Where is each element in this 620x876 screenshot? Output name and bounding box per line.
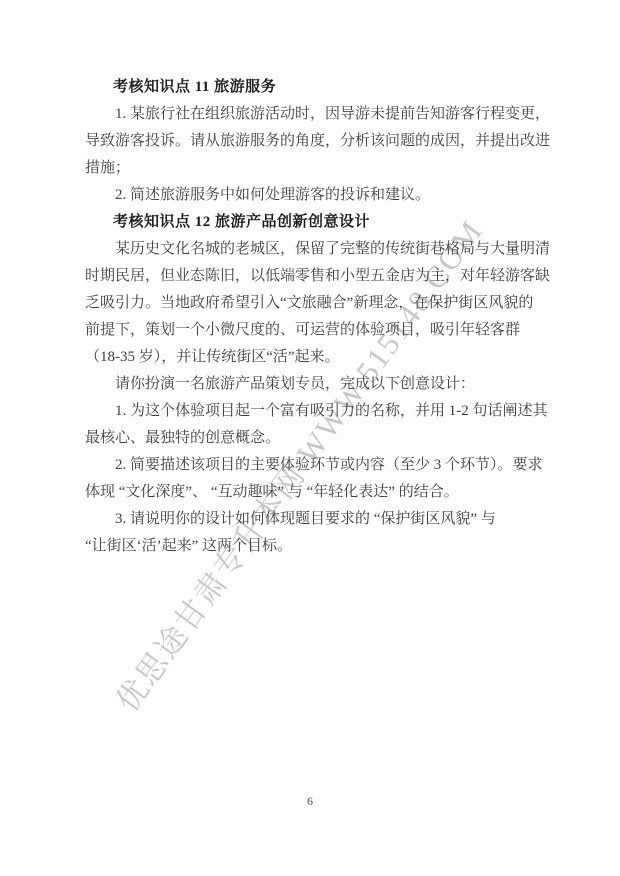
section-heading-11: 考核知识点 11 旅游服务: [85, 74, 560, 101]
paragraph-line: 请你扮演一名旅游产品策划专员，完成以下创意设计：: [85, 371, 560, 398]
paragraph-line: 某历史文化名城的老城区，保留了完整的传统街巷格局与大量明清: [85, 236, 560, 263]
paragraph-line: 导致游客投诉。请从旅游服务的角度，分析该问题的成因，并提出改进: [85, 128, 560, 155]
paragraph-line: 时期民居，但业态陈旧，以低端零售和小型五金店为主，对年轻游客缺: [85, 263, 560, 290]
document-body: 考核知识点 11 旅游服务 1. 某旅行社在组织旅游活动时，因导游未提前告知游客…: [85, 74, 560, 560]
paragraph-line: 3. 请说明你的设计如何体现题目要求的 “保护街区风貌” 与: [85, 506, 560, 533]
paragraph-line: 2. 简要描述该项目的主要体验环节或内容（至少 3 个环节）。要求: [85, 452, 560, 479]
document-page: 优思途甘肃专升本网 WWW.515148.COM 考核知识点 11 旅游服务 1…: [0, 0, 620, 876]
paragraph-line: 措施；: [85, 155, 560, 182]
section-heading-12: 考核知识点 12 旅游产品创新创意设计: [85, 209, 560, 236]
page-number: 6: [0, 794, 620, 809]
paragraph-line: 前提下，策划一个小微尺度的、可运营的体验项目，吸引年轻客群: [85, 317, 560, 344]
paragraph-line: 最核心、最独特的创意概念。: [85, 425, 560, 452]
paragraph-line: 2. 简述旅游服务中如何处理游客的投诉和建议。: [85, 182, 560, 209]
paragraph-line: （18-35 岁），并让传统街区“活”起来。: [85, 344, 560, 371]
paragraph-line: 体现 “文化深度”、 “互动趣味” 与 “年轻化表达” 的结合。: [85, 479, 560, 506]
paragraph-line: “让街区‘活’起来” 这两个目标。: [85, 533, 560, 560]
paragraph-line: 1. 某旅行社在组织旅游活动时，因导游未提前告知游客行程变更，: [85, 101, 560, 128]
paragraph-line: 1. 为这个体验项目起一个富有吸引力的名称，并用 1-2 句话阐述其: [85, 398, 560, 425]
paragraph-line: 乏吸引力。当地政府希望引入“文旅融合”新理念，在保护街区风貌的: [85, 290, 560, 317]
